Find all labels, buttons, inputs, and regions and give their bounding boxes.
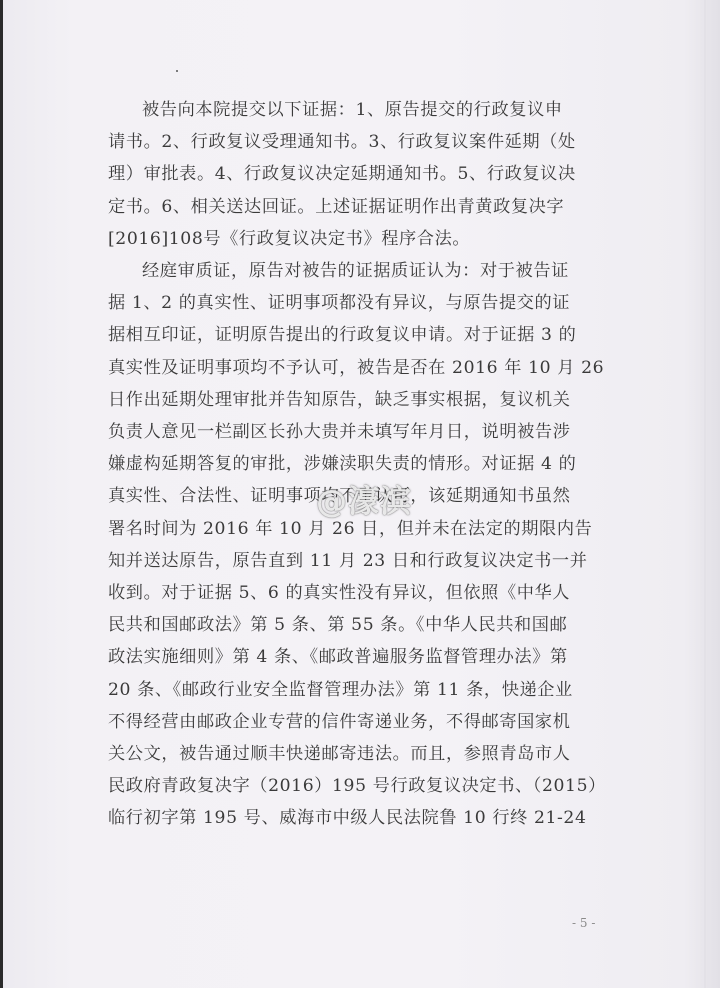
text-line: 知并送达原告，原告直到 11 月 23 日和行政复议决定书一并: [108, 545, 598, 577]
scan-edge-right: [704, 0, 706, 988]
text-line: 理）审批表。4、行政复议决定延期通知书。5、行政复议决: [108, 158, 598, 190]
scan-speck: [176, 70, 178, 72]
text-line: 关公文，被告通过顺丰快递邮寄违法。而且，参照青岛市人: [108, 738, 598, 770]
text-line: 日作出延期处理审批并告知原告，缺乏事实根据，复议机关: [108, 384, 598, 416]
text-line: 据相互印证，证明原告提出的行政复议申请。对于证据 3 的: [108, 319, 598, 351]
text-line: 收到。对于证据 5、6 的真实性没有异议，但依照《中华人: [108, 577, 598, 609]
watermark: @濠滨: [316, 476, 412, 521]
text-line: [2016]108号《行政复议决定书》程序合法。: [108, 223, 598, 255]
text-line: 请书。2、行政复议受理通知书。3、行政复议案件延期（处: [108, 126, 598, 158]
text-line: 20 条、《邮政行业安全监督管理办法》第 11 条，快递企业: [108, 674, 598, 706]
text-line: 临行初字第 195 号、威海市中级人民法院鲁 10 行终 21-24: [108, 802, 598, 834]
text-line: 负责人意见一栏副区长孙大贵并未填写年月日，说明被告涉: [108, 416, 598, 448]
scan-edge-left: [0, 0, 3, 988]
text-line: 真实性及证明事项均不予认可，被告是否在 2016 年 10 月 26: [108, 352, 598, 384]
text-line: 政法实施细则》第 4 条、《邮政普遍服务监督管理办法》第: [108, 641, 598, 673]
text-line: 不得经营由邮政企业专营的信件寄递业务，不得邮寄国家机: [108, 706, 598, 738]
paragraph-defendant-evidence: 被告向本院提交以下证据：1、原告提交的行政复议申 请书。2、行政复议受理通知书。…: [108, 94, 598, 255]
page-number: - 5 -: [572, 916, 595, 930]
text-line: 据 1、2 的真实性、证明事项都没有异议，与原告提交的证: [108, 287, 598, 319]
scanned-document-page: 被告向本院提交以下证据：1、原告提交的行政复议申 请书。2、行政复议受理通知书。…: [0, 0, 720, 988]
text-line: 被告向本院提交以下证据：1、原告提交的行政复议申: [108, 94, 598, 126]
text-line: 经庭审质证，原告对被告的证据质证认为：对于被告证: [108, 255, 598, 287]
paragraph-cross-examination: 经庭审质证，原告对被告的证据质证认为：对于被告证 据 1、2 的真实性、证明事项…: [108, 255, 598, 835]
document-body: 被告向本院提交以下证据：1、原告提交的行政复议申 请书。2、行政复议受理通知书。…: [108, 94, 598, 835]
text-line: 民政府青政复决字（2016）195 号行政复议决定书、（2015）: [108, 770, 598, 802]
text-line: 民共和国邮政法》第 5 条、第 55 条。《中华人民共和国邮: [108, 609, 598, 641]
text-line: 定书。6、相关送达回证。上述证据证明作出青黄政复决字: [108, 191, 598, 223]
